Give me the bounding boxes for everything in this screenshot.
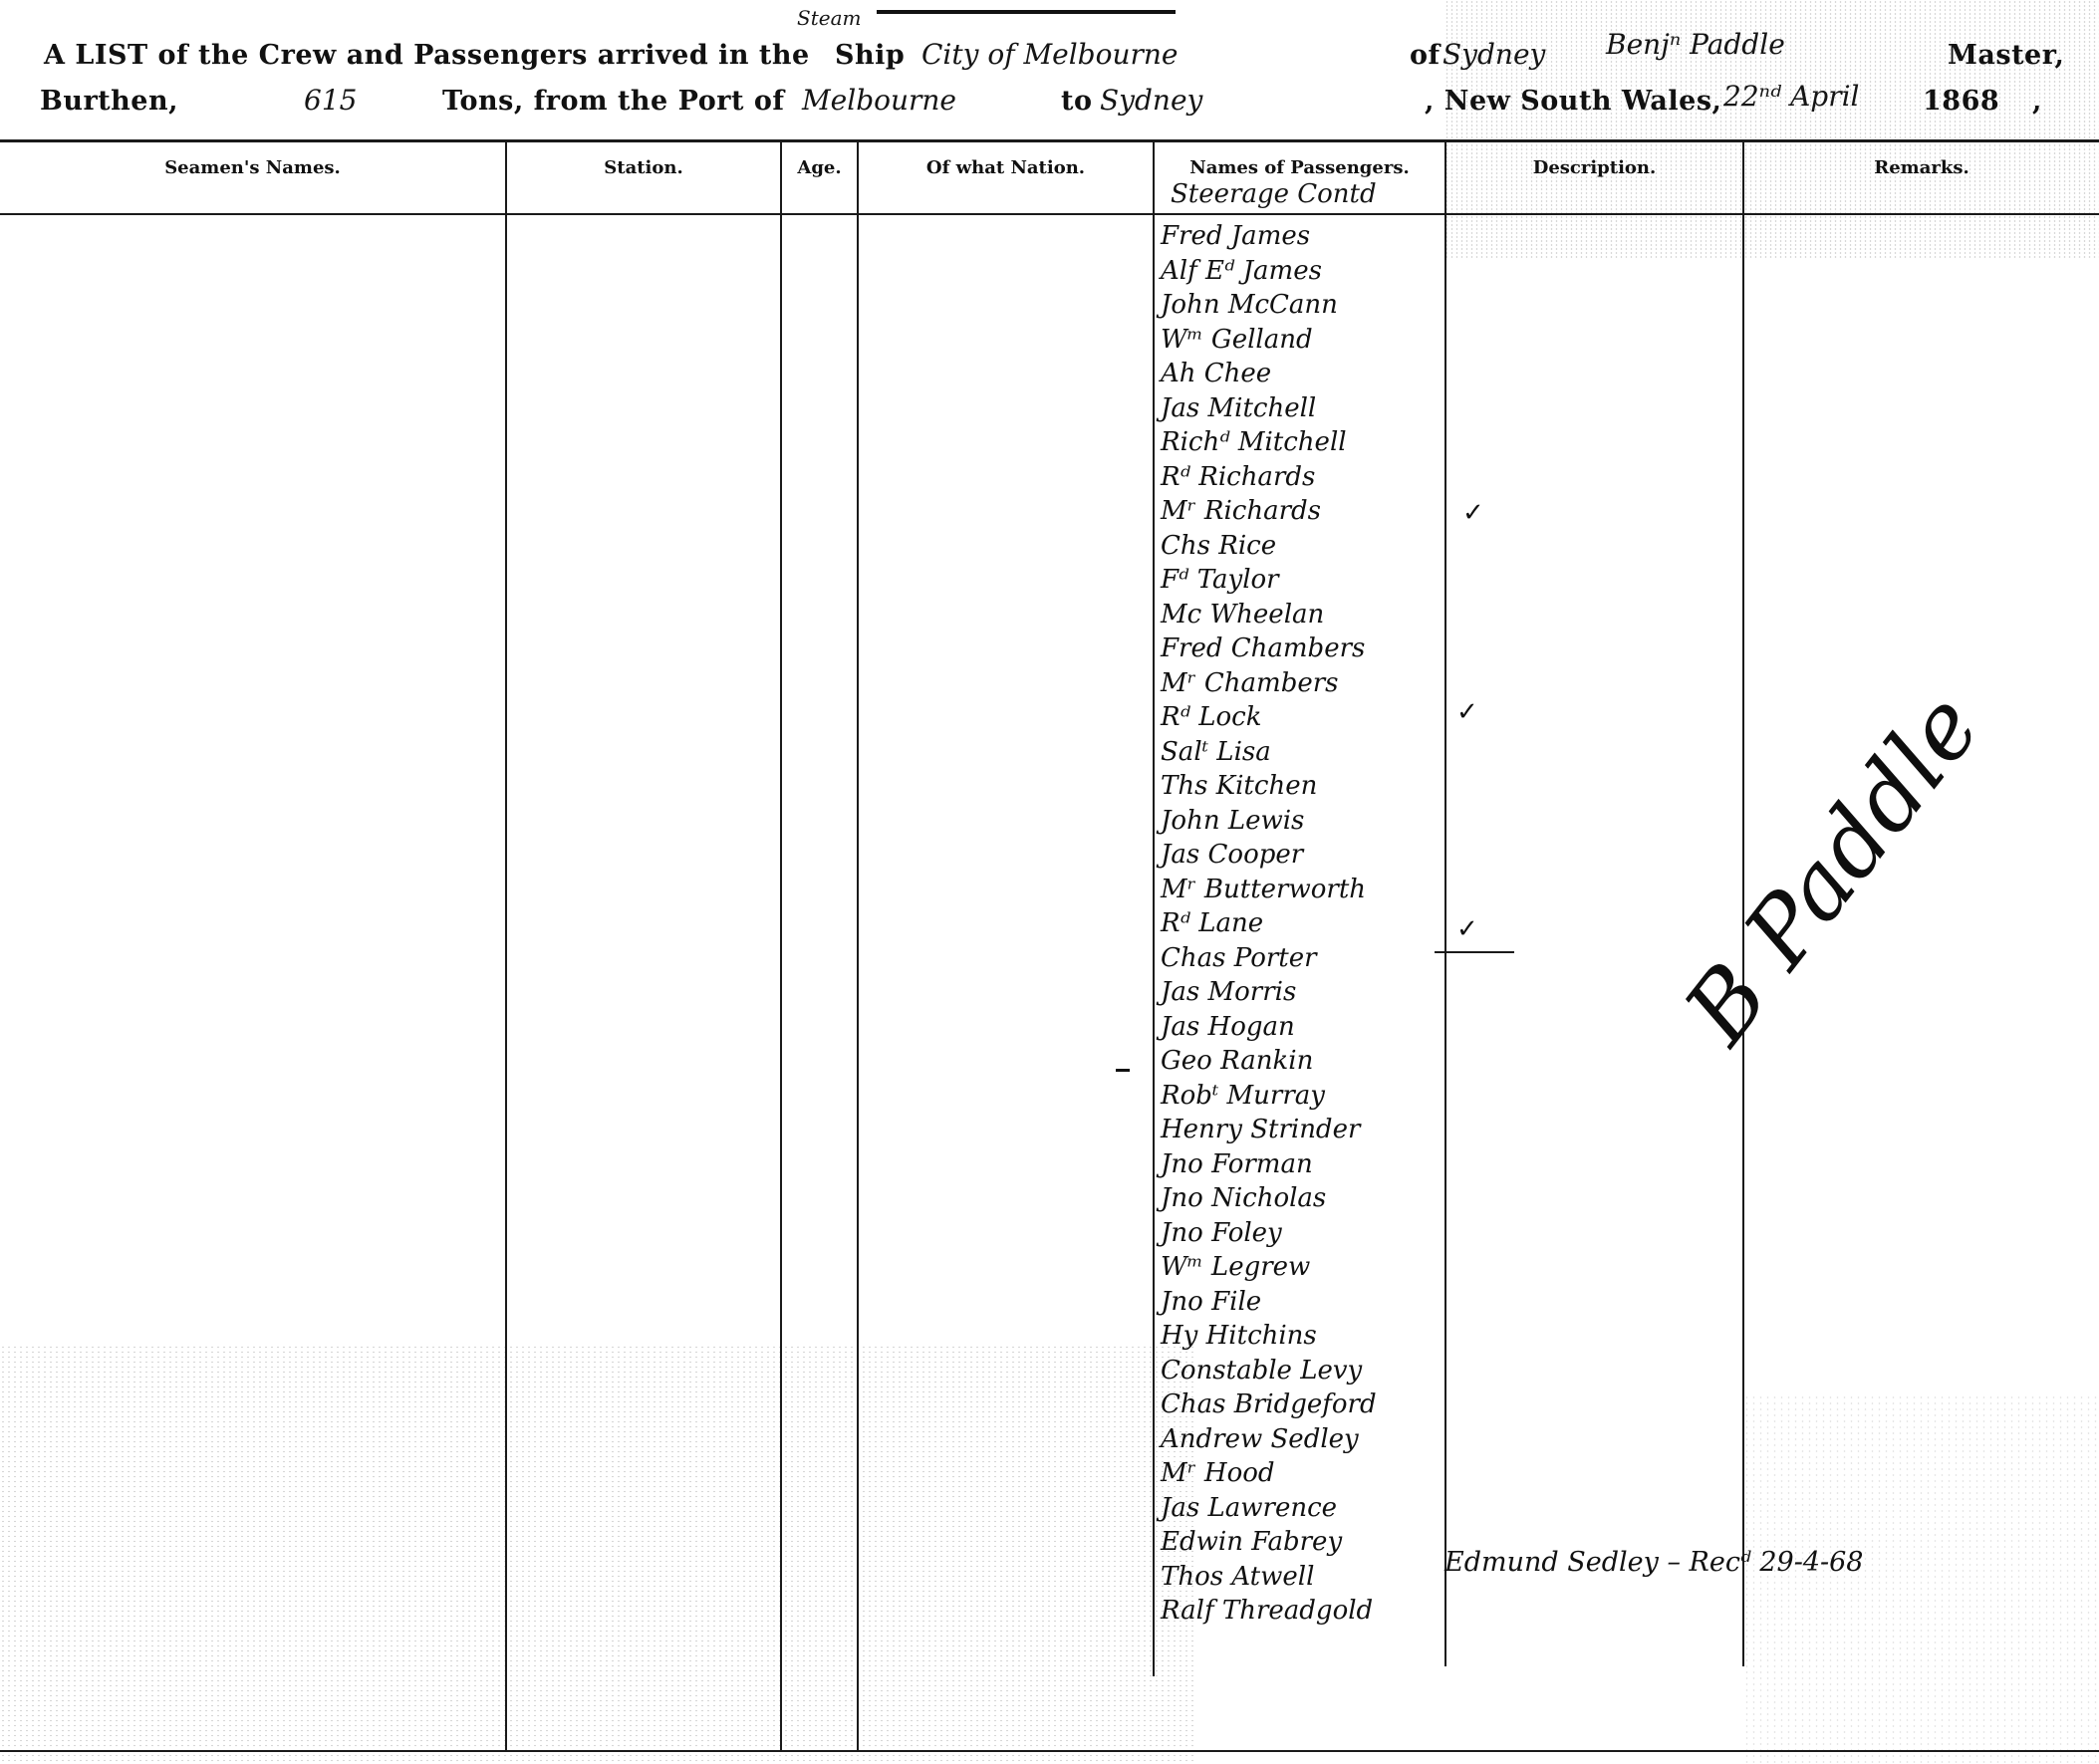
column-header-remarks: Remarks. (1744, 157, 2099, 178)
passenger-entry: John Lewis (1153, 804, 1451, 839)
passenger-entry: Rᵈ Richards (1153, 460, 1451, 495)
passenger-entry: Chas Porter (1153, 941, 1451, 976)
passenger-entry: Richᵈ Mitchell (1153, 425, 1451, 460)
column-header-station: Station. (507, 157, 780, 178)
passenger-names-list: Fred James Alf Eᵈ James John McCann Wᵐ G… (1153, 219, 1451, 1629)
master-name: Benjⁿ Paddle (1606, 28, 1785, 61)
passenger-entry: Constable Levy (1153, 1354, 1451, 1388)
heading-colony: , New South Wales, (1425, 86, 1721, 117)
passenger-class-heading: Steerage Contd (1171, 179, 1377, 209)
passenger-entry: Jno File (1153, 1285, 1451, 1320)
passenger-entry: Andrew Sedley (1153, 1422, 1451, 1457)
margin-dash-mark (1116, 1069, 1130, 1072)
check-mark-icon: ✓ (1462, 498, 1484, 528)
column-header-seamens-names: Seamen's Names. (0, 157, 505, 178)
column-header-passengers: Names of Passengers. (1155, 157, 1444, 178)
passenger-entry: Mʳ Richards (1153, 494, 1451, 529)
passenger-list-document: A LIST of the Crew and Passengers arrive… (0, 0, 2099, 1764)
passenger-entry: Mʳ Butterworth (1153, 873, 1451, 907)
heading-ship-label: Ship (835, 40, 905, 71)
passenger-entry: Fred James (1153, 219, 1451, 254)
heading-line1-prefix: A LIST of the Crew and Passengers arrive… (44, 40, 810, 71)
passenger-entry: Chas Bridgeford (1153, 1387, 1451, 1422)
home-port: Sydney (1443, 38, 1545, 71)
passenger-entry: Mʳ Chambers (1153, 666, 1451, 701)
passenger-entry: Ralf Threadgold (1153, 1594, 1451, 1629)
heading-burthen-label: Burthen, (40, 86, 178, 117)
passenger-entry: Salᵗ Lisa (1153, 735, 1451, 770)
passenger-entry: Rᵈ Lane (1153, 906, 1451, 941)
column-header-nation: Of what Nation. (859, 157, 1153, 178)
passenger-entry: Alf Eᵈ James (1153, 254, 1451, 289)
butterworth-strike-line (1435, 951, 1514, 953)
passenger-entry: Ah Chee (1153, 357, 1451, 391)
passenger-entry: Henry Strinder (1153, 1113, 1451, 1147)
arrival-year: 1868 (1923, 86, 1999, 117)
passenger-entry: Jas Morris (1153, 975, 1451, 1010)
scan-noise-bottom-right (1743, 1394, 2099, 1764)
tonnage: 615 (304, 84, 357, 117)
passenger-entry: Edwin Fabrey (1153, 1525, 1451, 1560)
column-header-description: Description. (1446, 157, 1742, 178)
passenger-entry: John McCann (1153, 288, 1451, 323)
passenger-entry: Mc Wheelan (1153, 598, 1451, 632)
passenger-entry: Jas Cooper (1153, 838, 1451, 873)
heading-of-label: of (1410, 40, 1441, 71)
table-bottom-rule (0, 1750, 2099, 1752)
passenger-entry: Fred Chambers (1153, 631, 1451, 666)
passenger-entry: Jas Hogan (1153, 1010, 1451, 1045)
passenger-entry: Hy Hitchins (1153, 1319, 1451, 1354)
check-mark-icon: ✓ (1456, 697, 1478, 727)
scan-noise-bottom-left (0, 1345, 1195, 1764)
to-port: Sydney (1100, 84, 1202, 117)
remark-annotation: Edmund Sedley – Recᵈ 29-4-68 (1444, 1547, 1863, 1578)
passenger-entry: Jas Lawrence (1153, 1491, 1451, 1526)
passenger-entry: Geo Rankin (1153, 1044, 1451, 1079)
passenger-entry: Jno Forman (1153, 1147, 1451, 1182)
master-signature: B Paddle (1665, 674, 2000, 1063)
top-rule-fragment (877, 10, 1176, 14)
check-mark-icon: ✓ (1456, 914, 1478, 944)
passenger-entry: Chs Rice (1153, 529, 1451, 564)
vessel-type-insert: Steam (797, 6, 861, 30)
passenger-entry: Jno Foley (1153, 1216, 1451, 1251)
heading-master-label: Master, (1948, 40, 2064, 71)
passenger-entry: Robᵗ Murray (1153, 1079, 1451, 1114)
passenger-entry: Mʳ Hood (1153, 1456, 1451, 1491)
passenger-entry: Jno Nicholas (1153, 1181, 1451, 1216)
passenger-entry: Ths Kitchen (1153, 769, 1451, 804)
header-bottom-rule (0, 213, 2099, 215)
passenger-entry: Thos Atwell (1153, 1560, 1451, 1595)
passenger-entry: Wᵐ Gelland (1153, 323, 1451, 358)
heading-to-label: to (1061, 86, 1092, 117)
table-top-rule (0, 139, 2099, 142)
column-divider-nation (857, 142, 859, 1750)
heading-tons-label: Tons, from the Port of (442, 86, 784, 117)
column-divider-age (780, 142, 782, 1750)
passenger-entry: Rᵈ Lock (1153, 700, 1451, 735)
column-divider-station (505, 142, 507, 1750)
passenger-entry: Fᵈ Taylor (1153, 563, 1451, 598)
column-header-age: Age. (782, 157, 857, 178)
from-port: Melbourne (802, 84, 956, 117)
heading-trailing-comma: , (2032, 86, 2042, 117)
ship-name: City of Melbourne (921, 38, 1178, 71)
passenger-entry: Wᵐ Legrew (1153, 1250, 1451, 1285)
passenger-entry: Jas Mitchell (1153, 391, 1451, 426)
arrival-date: 22ⁿᵈ April (1723, 80, 1860, 113)
